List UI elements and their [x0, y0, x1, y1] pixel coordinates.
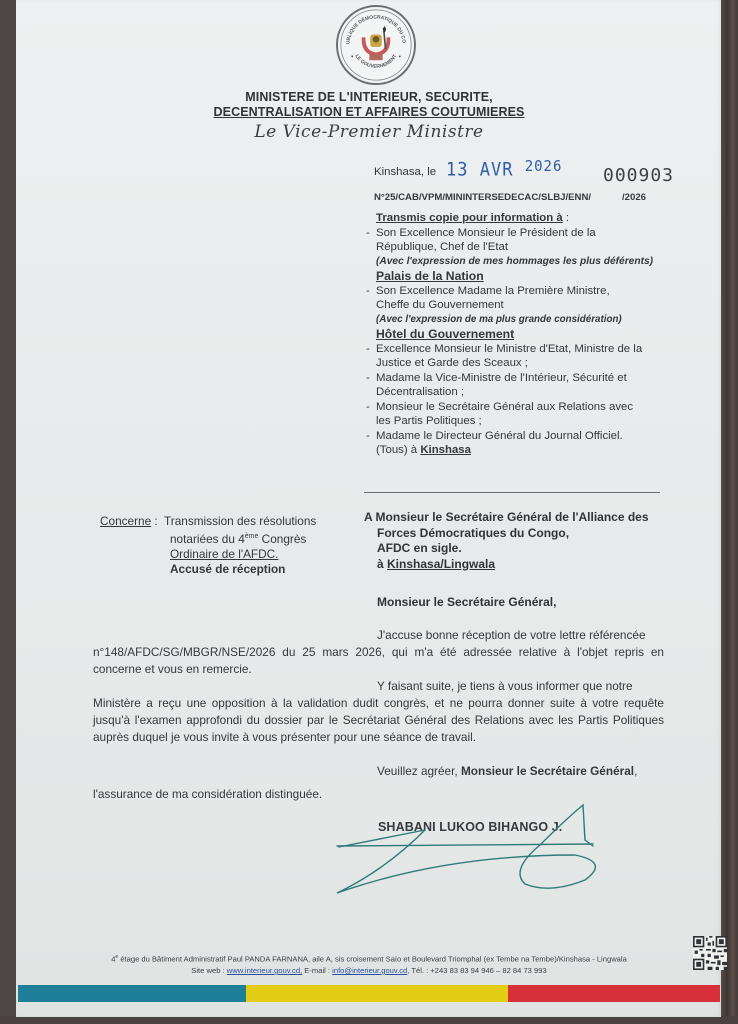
copies-closing: (Tous) à Kinshasa	[366, 443, 661, 458]
background-table-edge	[720, 0, 738, 1024]
ministry-name-line1: MINISTERE DE L'INTERIEUR, SECURITE,	[0, 90, 738, 104]
coat-of-arms-icon: RÉPUBLIQUE DÉMOCRATIQUE DU CONGO LE GOUV…	[338, 7, 414, 83]
office-title: Le Vice-Premier Ministre	[0, 122, 738, 142]
separator-line	[364, 492, 660, 493]
copy-recipient: -Excellence Monsieur le Ministre d'Etat,…	[366, 342, 661, 357]
stamp-year: 2026	[525, 158, 563, 176]
date-stamp: 13 AVR 2026	[446, 159, 562, 181]
copies-list: Transmis copie pour information à : -Son…	[366, 211, 661, 458]
reference-number: N°25/CAB/VPM/MININTERSEDECAC/SLBJ/ENN/	[374, 192, 591, 203]
copy-recipient: -Monsieur le Secrétaire Général aux Rela…	[366, 400, 661, 415]
subject-text: Transmission des résolutions notariées d…	[164, 514, 316, 577]
copy-recipient-cont: République, Chef de l'Etat	[366, 240, 661, 255]
reference-year: /2026	[622, 192, 646, 203]
stamp-month: AVR	[480, 159, 514, 181]
flag-band-red	[508, 985, 720, 1002]
copy-recipient-cont: les Partis Politiques ;	[366, 414, 661, 429]
flag-band-blue	[18, 985, 246, 1002]
background-table-bottom	[0, 1016, 738, 1024]
qr-code-icon	[693, 936, 727, 970]
signer-name: SHABANI LUKOO BIHANGO J.	[378, 820, 562, 834]
body-paragraph-2: Y faisant suite, je tiens à vous informe…	[93, 678, 664, 746]
copy-recipient-note: (Avec l'expression de mes hommages les p…	[366, 255, 661, 270]
footer-address: 4e étage du Bâtiment Administratif Paul …	[0, 954, 738, 964]
closing-formula: Veuillez agréer, Monsieur le Secrétaire …	[377, 764, 637, 778]
place-date-label: Kinshasa, le	[374, 166, 436, 178]
website-link[interactable]: www.interieur.gouv.cd,	[227, 966, 302, 975]
copy-recipient: -Madame le Directeur Général du Journal …	[366, 429, 661, 444]
copy-recipient-place: Hôtel du Gouvernement	[366, 327, 661, 342]
body-paragraph-1: J'accuse bonne réception de votre lettre…	[93, 627, 664, 678]
copy-recipient-place: Palais de la Nation	[366, 269, 661, 284]
footer-contact: Site web : www.interieur.gouv.cd, E-mail…	[0, 966, 738, 975]
document-number: 000903	[603, 165, 674, 186]
salutation: Monsieur le Secrétaire Général,	[377, 595, 556, 609]
flag-band-yellow	[246, 985, 508, 1002]
copies-heading: Transmis copie pour information à :	[366, 211, 661, 226]
copy-recipient: -Son Excellence Madame la Première Minis…	[366, 284, 661, 299]
addressee-block: A Monsieur le Secrétaire Général de l'Al…	[364, 510, 649, 572]
copy-recipient: -Madame la Vice-Ministre de l'Intérieur,…	[366, 371, 661, 386]
subject-label: Concerne	[100, 514, 151, 528]
copy-recipient-cont: Cheffe du Gouvernement	[366, 298, 661, 313]
government-seal: RÉPUBLIQUE DÉMOCRATIQUE DU CONGO LE GOUV…	[336, 5, 416, 85]
subject-block: Concerne : Transmission des résolutions …	[100, 514, 158, 529]
copy-recipient: -Son Excellence Monsieur le Président de…	[366, 226, 661, 241]
letter-page	[16, 0, 721, 1017]
copy-recipient-note: (Avec l'expression de ma plus grande con…	[366, 313, 661, 328]
email-link[interactable]: info@interieur.gouv.cd	[332, 966, 407, 975]
copy-recipient-cont: Décentralisation ;	[366, 385, 661, 400]
stamp-day: 13	[446, 159, 468, 181]
copy-recipient-cont: Justice et Garde des Sceaux ;	[366, 356, 661, 371]
closing-formula-line2: l'assurance de ma considération distingu…	[93, 787, 322, 801]
ministry-name-line2: DECENTRALISATION ET AFFAIRES COUTUMIERES	[0, 105, 738, 119]
